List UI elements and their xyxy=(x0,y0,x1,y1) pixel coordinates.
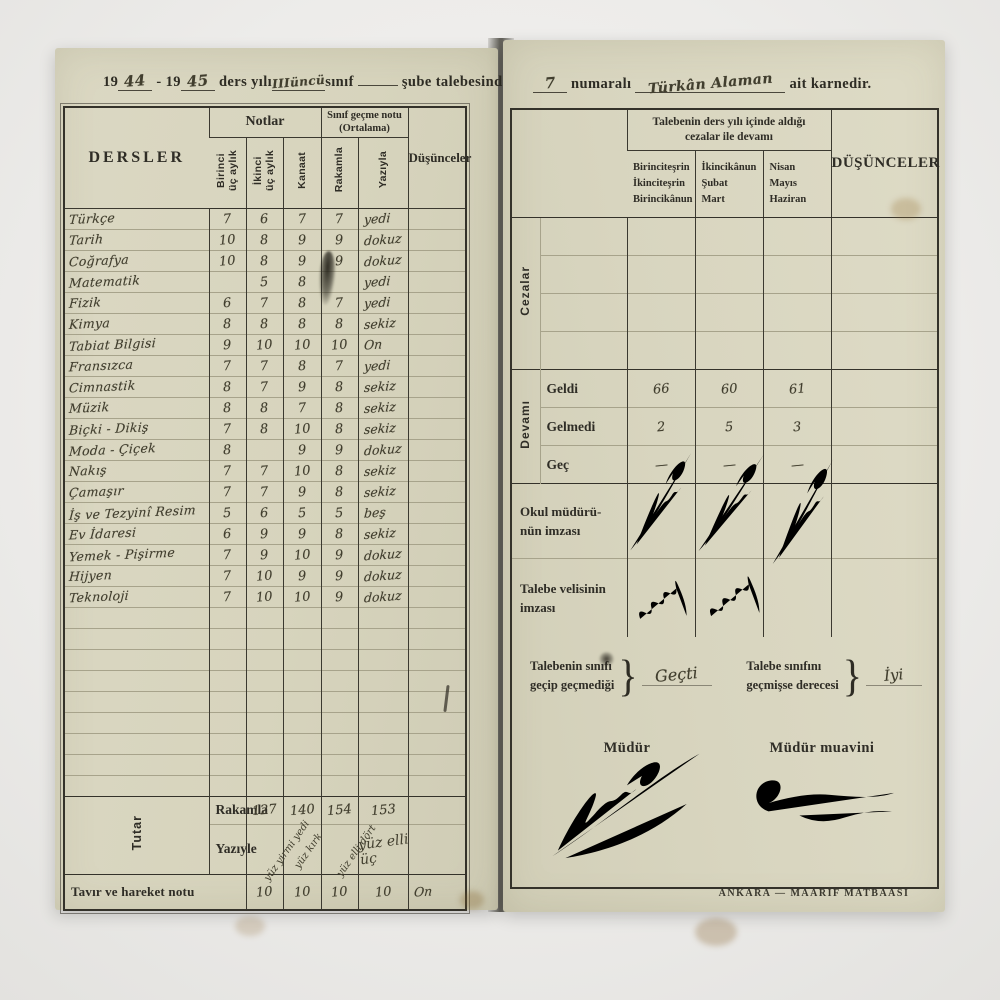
dusunceler-cell xyxy=(408,376,466,397)
ceza-row-empty xyxy=(540,332,627,370)
vice-principal-block: Müdür muavini xyxy=(732,740,912,757)
grade-level-label: Talebe sınıfını geçmişse derecesi xyxy=(746,657,838,693)
grade-2: 8 xyxy=(246,313,283,334)
guardian-signature-2 xyxy=(695,559,763,638)
guardian-signature-label: Talebe velisinin imzası xyxy=(512,559,627,638)
grade-1 xyxy=(209,271,246,292)
principal-signature-1 xyxy=(627,484,695,559)
grade-4: 8 xyxy=(321,523,358,544)
subject-name: Tarih xyxy=(64,229,209,250)
grade-2: 8 xyxy=(246,250,283,271)
dusunceler-cell xyxy=(408,313,466,334)
yaziyle-row-label: Yazıyle xyxy=(209,824,246,874)
dusunceler-cell xyxy=(408,439,466,460)
grade-1: 6 xyxy=(209,523,246,544)
grade-2: 7 xyxy=(246,376,283,397)
geldi-2: 60 xyxy=(695,370,763,408)
grade-3: 10 xyxy=(283,460,321,481)
tavir-2: 10 xyxy=(283,874,321,910)
grade-2: 7 xyxy=(246,355,283,376)
subject-row: Teknoloji710109dokuz xyxy=(64,586,466,607)
dusunceler-cell xyxy=(408,292,466,313)
subject-row: Matematik58yedi xyxy=(64,271,466,292)
subject-name: Müzik xyxy=(64,397,209,418)
dusunceler-cell xyxy=(408,334,466,355)
subject-row: Fizik6787yedi xyxy=(64,292,466,313)
grade-2: 8 xyxy=(246,397,283,418)
empty-row xyxy=(64,649,466,670)
grade-1: 6 xyxy=(209,292,246,313)
subject-name: Tabiat Bilgisi xyxy=(64,334,209,355)
grade-1: 7 xyxy=(209,418,246,439)
report-card-right-page: 7 numaralı Türkân Alaman ait karnedir. T… xyxy=(503,40,945,912)
empty-row xyxy=(64,628,466,649)
year2-handwritten: 45 xyxy=(186,73,209,90)
tavir-1: 10 xyxy=(246,874,283,910)
dusunceler-cell xyxy=(408,250,466,271)
report-card-left-page: 1944 - 1945 ders yılıIIIüncüsınıf şube t… xyxy=(55,48,498,910)
grade-2 xyxy=(246,439,283,460)
grade-2: 9 xyxy=(246,523,283,544)
promotion-section: Talebenin sınıfı geçip geçmediği } Geçti… xyxy=(530,652,922,699)
sube-label: şube talebesinden xyxy=(402,74,518,90)
grade-4: 9 xyxy=(321,565,358,586)
gec-1: — xyxy=(627,446,695,484)
total-word-3: yüz elli dört xyxy=(321,824,358,874)
dusunceler-cell xyxy=(408,565,466,586)
total-word-4: yüz elli üç xyxy=(358,824,408,874)
col-header-rakamla: Rakamla xyxy=(321,137,358,208)
col-header-ikinci: İkinci üç aylık xyxy=(246,137,283,208)
gec-label: Geç xyxy=(540,446,627,484)
subject-name: Moda - Çiçek xyxy=(64,439,209,460)
grade-4: 8 xyxy=(321,376,358,397)
brace-glyph: } xyxy=(618,650,637,702)
grade-1: 7 xyxy=(209,544,246,565)
grade-2: 10 xyxy=(246,565,283,586)
grade-4: 8 xyxy=(321,481,358,502)
grade-3: 9 xyxy=(283,481,321,502)
subject-name: Coğrafya xyxy=(64,250,209,271)
grade-word: On xyxy=(358,334,408,355)
grade-word: dokuz xyxy=(358,544,408,565)
total-word-2: yüz kırk xyxy=(283,824,321,874)
total-1: 127 xyxy=(246,796,283,824)
grade-word: yedi xyxy=(358,271,408,292)
stain xyxy=(695,918,737,946)
tavir-4: 10 xyxy=(358,874,408,910)
months-col-2: İkincikânun Şubat Mart xyxy=(695,151,763,218)
empty-row xyxy=(64,754,466,775)
promotion-question: Talebenin sınıfı geçip geçmediği } Geçti xyxy=(530,652,712,699)
grade-2: 7 xyxy=(246,460,283,481)
ders-yili-label: ders yılı xyxy=(219,74,272,90)
brace-glyph: } xyxy=(843,650,862,702)
subject-name: Fransızca xyxy=(64,355,209,376)
total-word-1: yüz yirmi yedi xyxy=(246,824,283,874)
total-4: 153 xyxy=(358,796,408,824)
tavir-word: On xyxy=(408,874,466,910)
right-table-frame: Talebenin ders yılı içinde aldığı cezala… xyxy=(510,108,939,889)
sinif-label: sınıf xyxy=(325,74,354,90)
cezalar-label: Cezalar xyxy=(512,218,540,370)
dusunceler-header-right: DÜŞÜNCELER xyxy=(831,110,937,218)
subject-rows: Türkçe7677yediTarih10899dokuzCoğrafya108… xyxy=(64,208,466,796)
grade-1: 8 xyxy=(209,397,246,418)
subject-name: Matematik xyxy=(64,271,209,292)
grade-2: 7 xyxy=(246,481,283,502)
grade-word: yedi xyxy=(358,208,408,229)
stain xyxy=(460,891,484,909)
dusunceler-cell xyxy=(408,586,466,607)
grade-3: 7 xyxy=(283,208,321,229)
grade-4: 7 xyxy=(321,208,358,229)
grade-3: 9 xyxy=(283,376,321,397)
grade-1: 10 xyxy=(209,229,246,250)
gelmedi-1: 2 xyxy=(627,408,695,446)
grade-4: 8 xyxy=(321,313,358,334)
empty-row xyxy=(64,670,466,691)
empty-row xyxy=(64,712,466,733)
col-header-birinci: Birinci üç aylık xyxy=(209,137,246,208)
gelmedi-label: Gelmedi xyxy=(540,408,627,446)
subject-name: Ev İdaresi xyxy=(64,523,209,544)
grade-3: 10 xyxy=(283,586,321,607)
grade-4: 5 xyxy=(321,502,358,523)
principal-block: Müdür xyxy=(542,740,712,757)
subject-row: Hijyen71099dokuz xyxy=(64,565,466,586)
tavir-3: 10 xyxy=(321,874,358,910)
col-header-kanaat: Kanaat xyxy=(283,137,321,208)
gec-2: — xyxy=(695,446,763,484)
student-name-handwritten: Türkân Alaman xyxy=(648,72,774,97)
ceza-row-empty xyxy=(540,218,627,256)
grade-3: 9 xyxy=(283,229,321,250)
tutar-label: Tutar xyxy=(64,796,209,874)
subject-row: Moda - Çiçek899dokuz xyxy=(64,439,466,460)
subject-name: Yemek - Pişirme xyxy=(64,544,209,565)
grade-3: 9 xyxy=(283,250,321,271)
year-prefix: 19 xyxy=(103,74,118,90)
grade-word: sekiz xyxy=(358,397,408,418)
muavin-title: Müdür muavini xyxy=(732,740,912,757)
subject-name: Kimya xyxy=(64,313,209,334)
grade-3: 9 xyxy=(283,523,321,544)
subject-row: Biçki - Dikiş78108sekiz xyxy=(64,418,466,439)
ink-blot-gecti xyxy=(599,652,614,666)
ceza-row-empty xyxy=(540,256,627,294)
grade-word: sekiz xyxy=(358,523,408,544)
grade-level-question: Talebe sınıfını geçmişse derecesi } İyi xyxy=(746,652,922,699)
subject-name: Türkçe xyxy=(64,208,209,229)
dusunceler-cell xyxy=(408,502,466,523)
grade-1: 10 xyxy=(209,250,246,271)
grade-3: 9 xyxy=(283,565,321,586)
year-mid: - 19 xyxy=(156,74,181,90)
subject-row: Yemek - Pişirme79109dokuz xyxy=(64,544,466,565)
grade-1: 8 xyxy=(209,439,246,460)
grade-3: 9 xyxy=(283,439,321,460)
class-handwritten: IIIüncü xyxy=(272,74,326,91)
grade-1: 7 xyxy=(209,565,246,586)
months-col-3: Nisan Mayıs Haziran xyxy=(763,151,831,218)
bottom-signatures: Müdür Müdür muavini xyxy=(542,740,912,757)
subject-row: Cimnastik8798sekiz xyxy=(64,376,466,397)
guardian-signature-1 xyxy=(627,559,695,638)
grade-word: dokuz xyxy=(358,439,408,460)
dusunceler-cell xyxy=(408,523,466,544)
grade-4: 9 xyxy=(321,586,358,607)
grade-3: 8 xyxy=(283,355,321,376)
subject-row: Türkçe7677yedi xyxy=(64,208,466,229)
grade-2: 10 xyxy=(246,334,283,355)
grade-word: yedi xyxy=(358,355,408,376)
grade-3: 8 xyxy=(283,292,321,313)
grade-word: sekiz xyxy=(358,418,408,439)
grade-1: 5 xyxy=(209,502,246,523)
ait-karnedir-label: ait karnedir. xyxy=(790,76,872,92)
dusunceler-header-left: Düşünceler xyxy=(408,107,466,208)
grade-3: 10 xyxy=(283,418,321,439)
gelmedi-2: 5 xyxy=(695,408,763,446)
grade-word: dokuz xyxy=(358,565,408,586)
grade-2: 5 xyxy=(246,271,283,292)
grade-word: sekiz xyxy=(358,481,408,502)
empty-row xyxy=(64,607,466,628)
dusunceler-cell xyxy=(408,460,466,481)
subject-row: Kimya8888sekiz xyxy=(64,313,466,334)
grade-1: 7 xyxy=(209,355,246,376)
subject-name: Çamaşır xyxy=(64,481,209,502)
grade-word: beş xyxy=(358,502,408,523)
grade-4: 9 xyxy=(321,439,358,460)
dusunceler-cell xyxy=(408,229,466,250)
dusunceler-cell xyxy=(408,544,466,565)
numarali-label: numaralı xyxy=(571,76,631,92)
mudur-title: Müdür xyxy=(542,740,712,757)
grade-2: 8 xyxy=(246,418,283,439)
left-title-line: 1944 - 1945 ders yılıIIIüncüsınıf şube t… xyxy=(103,74,518,91)
promotion-answer: Geçti xyxy=(642,665,712,686)
stain xyxy=(891,198,921,220)
grade-level-answer: İyi xyxy=(866,665,922,686)
grade-word: sekiz xyxy=(358,313,408,334)
principal-signature-label: Okul müdürü- nün imzası xyxy=(512,484,627,559)
cezalar-devam-header: Talebenin ders yılı içinde aldığı cezala… xyxy=(627,110,831,151)
dusunceler-cell xyxy=(408,481,466,502)
total-3: 154 xyxy=(321,796,358,824)
conduct-attendance-table: Talebenin ders yılı içinde aldığı cezala… xyxy=(512,110,937,637)
gelmedi-3: 3 xyxy=(763,408,831,446)
ceza-row-empty xyxy=(540,294,627,332)
grade-3: 8 xyxy=(283,271,321,292)
dusunceler-cell xyxy=(408,418,466,439)
devami-label: Devamı xyxy=(512,370,540,484)
grade-word: sekiz xyxy=(358,376,408,397)
dersler-header: DERSLER xyxy=(64,107,209,208)
grade-4: 8 xyxy=(321,460,358,481)
grade-3: 8 xyxy=(283,313,321,334)
subject-row: Ev İdaresi6998sekiz xyxy=(64,523,466,544)
right-title-line: 7 numaralı Türkân Alaman ait karnedir. xyxy=(533,76,872,93)
subject-name: İş ve Tezyinî Resim xyxy=(64,502,209,523)
subject-row: Nakış77108sekiz xyxy=(64,460,466,481)
grade-4: 8 xyxy=(321,418,358,439)
grade-4: 10 xyxy=(321,334,358,355)
subject-name: Teknoloji xyxy=(64,586,209,607)
student-number-handwritten: 7 xyxy=(544,76,556,92)
grade-1: 8 xyxy=(209,376,246,397)
printer-imprint: ANKARA — MAARİF MATBAASI xyxy=(689,888,939,899)
gec-3: — xyxy=(763,446,831,484)
subject-name: Biçki - Dikiş xyxy=(64,418,209,439)
subject-row: Müzik8878sekiz xyxy=(64,397,466,418)
dusunceler-cell xyxy=(408,208,466,229)
grade-2: 7 xyxy=(246,292,283,313)
grade-2: 9 xyxy=(246,544,283,565)
grade-3: 7 xyxy=(283,397,321,418)
stain xyxy=(235,916,265,936)
grade-3: 5 xyxy=(283,502,321,523)
ortalama-header: Sınıf geçme notu (Ortalama) xyxy=(321,107,408,137)
subject-name: Fizik xyxy=(64,292,209,313)
subject-name: Cimnastik xyxy=(64,376,209,397)
subject-name: Hijyen xyxy=(64,565,209,586)
grade-4: 8 xyxy=(321,397,358,418)
year1-handwritten: 44 xyxy=(124,73,147,90)
notlar-header: Notlar xyxy=(209,107,321,137)
months-col-1: Birinciteşrin İkinciteşrin Birincikânun xyxy=(627,151,695,218)
geldi-label: Geldi xyxy=(540,370,627,408)
grade-2: 6 xyxy=(246,208,283,229)
blank-header-cell xyxy=(512,110,627,218)
grade-1: 9 xyxy=(209,334,246,355)
subject-row: Tabiat Bilgisi9101010On xyxy=(64,334,466,355)
tavir-label: Tavır ve hareket notu xyxy=(64,874,246,910)
dusunceler-cell xyxy=(408,355,466,376)
grade-1: 7 xyxy=(209,208,246,229)
grade-4: 7 xyxy=(321,355,358,376)
grade-2: 8 xyxy=(246,229,283,250)
grade-1: 7 xyxy=(209,586,246,607)
grades-table: DERSLER Notlar Sınıf geçme notu (Ortalam… xyxy=(63,106,467,911)
grade-word: dokuz xyxy=(358,229,408,250)
subject-name: Nakış xyxy=(64,460,209,481)
grade-1: 8 xyxy=(209,313,246,334)
grade-1: 7 xyxy=(209,481,246,502)
subject-row: İş ve Tezyinî Resim5655beş xyxy=(64,502,466,523)
geldi-3: 61 xyxy=(763,370,831,408)
grade-word: yedi xyxy=(358,292,408,313)
empty-row xyxy=(64,775,466,796)
grade-word: sekiz xyxy=(358,460,408,481)
grade-word: dokuz xyxy=(358,250,408,271)
grade-3: 10 xyxy=(283,544,321,565)
subject-row: Coğrafya10899dokuz xyxy=(64,250,466,271)
grade-1: 7 xyxy=(209,460,246,481)
subject-row: Fransızca7787yedi xyxy=(64,355,466,376)
grade-4: 9 xyxy=(321,544,358,565)
dusunceler-cell xyxy=(408,271,466,292)
grade-word: dokuz xyxy=(358,586,408,607)
grade-4: 9 xyxy=(321,229,358,250)
subject-row: Çamaşır7798sekiz xyxy=(64,481,466,502)
subject-row: Tarih10899dokuz xyxy=(64,229,466,250)
grade-2: 6 xyxy=(246,502,283,523)
rakamla-row-label: Rakamla xyxy=(209,796,246,824)
dusunceler-cell xyxy=(408,397,466,418)
empty-row xyxy=(64,691,466,712)
geldi-1: 66 xyxy=(627,370,695,408)
grade-3: 10 xyxy=(283,334,321,355)
principal-signature-2 xyxy=(695,484,763,559)
principal-signature-3 xyxy=(763,484,831,559)
col-header-yaziyla: Yazıyla xyxy=(358,137,408,208)
empty-row xyxy=(64,733,466,754)
grade-2: 10 xyxy=(246,586,283,607)
